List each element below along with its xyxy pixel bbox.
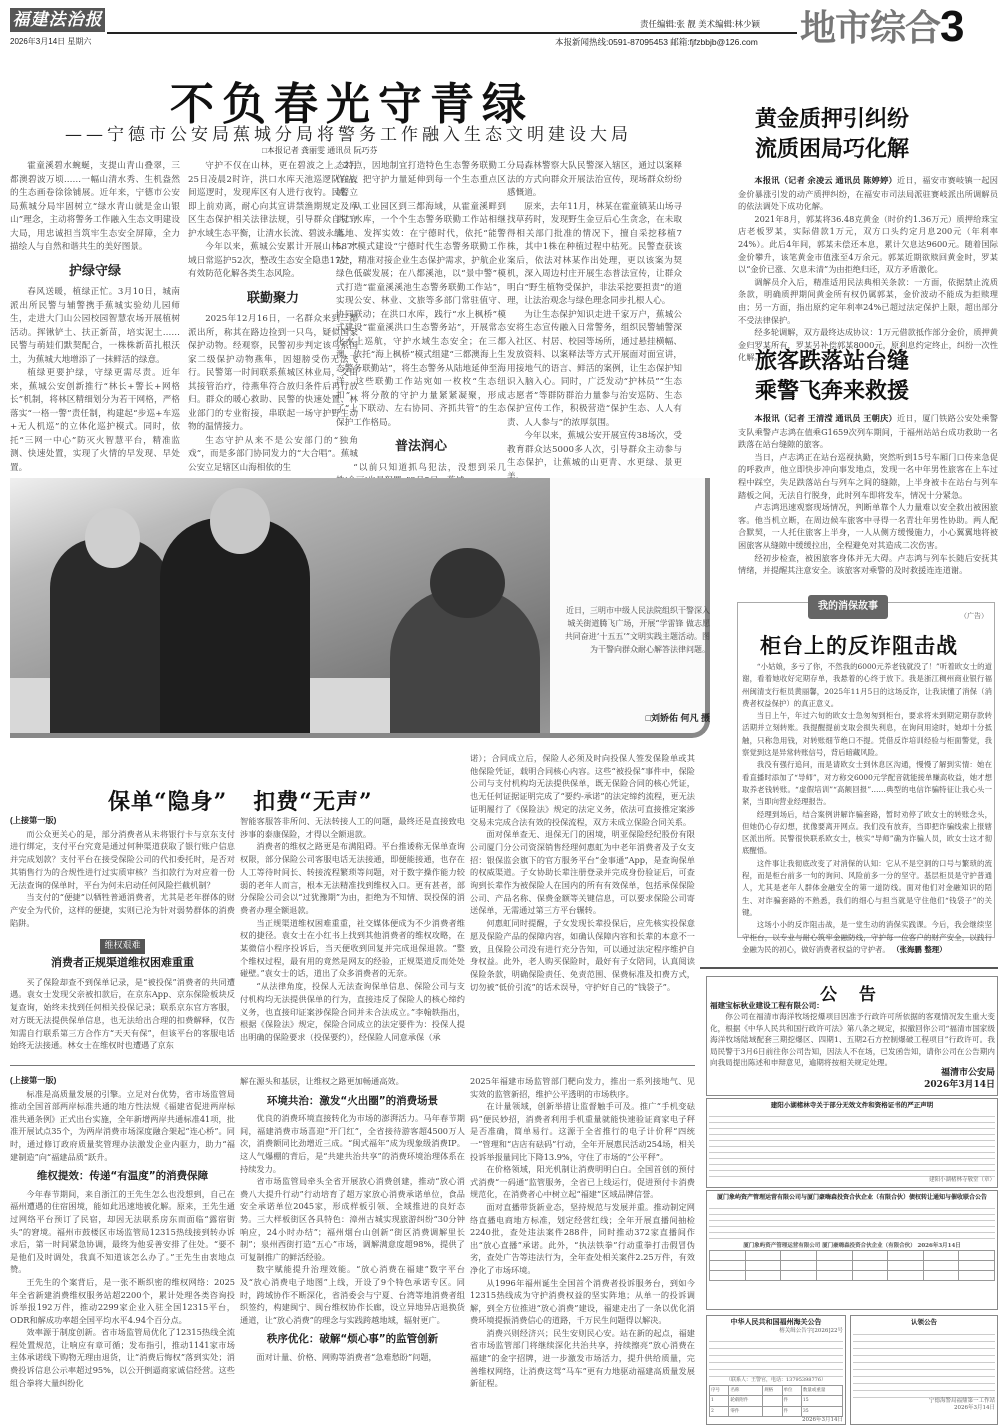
notice-date: 2026年3月14日 [853,1405,995,1412]
paragraph: 今年以来，蕉城公安开展宣传38场次，受教育群众达5000多人次，引导群众主动参与… [507,430,682,484]
photo-figure-head [210,488,270,554]
notice-date: 2026年3月14日 [710,1080,995,1091]
paragraph: “小姑娘，多亏了你，不然我的6000元养老钱就没了！”听着欧女士的道谢，看着她收… [742,661,992,710]
paragraph: 消费者的维权之路更是布满阻碍。平台推诿称无保单查询权限，部分保险公司客服电话无法… [240,840,465,916]
paragraph: 2025年12月16日，一名群众来到三都派出所，称其在路边捡到一只鸟，疑似国家保… [188,313,358,435]
section-divider [10,1065,695,1066]
customs-table: 序号名称规格单位数量或重量 1轮毂附件件15 2零件件35 [709,1385,843,1417]
paragraph: 面对保单查无、退保无门的困境，明亚保险经纪股份有限公司厦门分公司资深销售经理何惠… [470,828,695,917]
paragraph: 这件事让我彻底改变了对消保的认知：它从不是空洞的口号与繁琐的流程，而是柜台前多一… [742,858,992,919]
fine-print [853,1328,995,1398]
section-heading: 秩序优化：破解“烦心事”的监管创新 [240,1333,465,1346]
ad-label: （广告） [960,611,988,621]
market-column-2: 解在源头和基层，让维权之路更加畅通高效。 环境共治：激发“火出圈”的消费场景 优… [240,1075,465,1363]
paragraph: 在计量领域，创新举措让监督触手可及。推广“手机变砝码”便民妙招，消费者利用手机重… [470,1100,695,1163]
notice-signoff: 厦门象屿资产管理运营有限公司 厦门豪嗨森投资合伙企业（有限合伙） 2026年3月… [709,1243,995,1250]
ad-feature-headline: 柜台上的反诈阻击战 [760,630,958,660]
section-heading: 维权提效：传递“有温度”的消费保障 [10,1170,235,1183]
section-heading: 护绿守绿 [10,265,180,279]
insurance-headline: 保单“隐身” 扣费“无声” [108,785,373,816]
dateline: 本报讯（记者 余凌云 通讯员 陈婷婷） [754,176,897,185]
paragraph: 效率源于制度创新。省市场监管局优化了12315热线全流程处置规范，让响应有章可循… [10,1326,235,1389]
paragraph: 春风送暖，植绿正忙。3月10日，城南派出所民警与辅警携手蕉城实验幼儿园师生，走进… [10,286,180,367]
gold-article-headline: 黄金质押引纠纷 流质困局巧化解 [755,104,909,164]
lead-byline: □本报记者 龚丽雯 通讯员 阮巧芬 [262,145,378,156]
headline-part: 保单“隐身” [108,789,227,815]
notice-title: 认领公告 [853,1318,995,1328]
debt-table [709,1250,995,1281]
paragraph: 王先生的个案背后，是一张不断织密的维权网络：2025年全省新建消费维权服务站超2… [10,1276,235,1326]
market-column-1: (上接第一版) 标准是高质量发展的引擎。立足对台优势，省市场监管局推动全国首部两… [10,1075,235,1389]
photo-figure [50,538,170,738]
notice-addressee: 福建宝标秋业建设工程有限公司： [710,1000,995,1011]
issue-date: 2026年3月14日 星期六 [10,36,91,47]
headline-line: 黄金质押引纠纷 [755,104,909,134]
headline-part: 扣费“无声” [253,789,372,815]
hotline-info: 本报新闻热线:0591-87095453 邮箱:fjfzbbjb@126.com [555,36,758,48]
newspaper-logo: 福建法治报 [10,8,105,32]
paragraph: 从1996年福州诞生全国首个消费者投诉服务台，到如今12315热线成为守护消费权… [470,1277,695,1327]
headline-line: 旅客跌落站台缝 [755,346,909,376]
paragraph: 当支付的“便捷”以牺牲普通消费者，尤其是老年群体的财产安全为代价，这样的便捷，实… [10,891,235,929]
paragraph: 今年春节期间，来自浙江的王先生怎么也没想到，自己在福州遭遇的住宿困境，能如此迅速… [10,1188,235,1276]
paragraph: 分局森林警察大队民警深入辖区，通过以案释法的方式向群众开展法治宣传，现场群众纷纷… [507,160,682,201]
debt-transfer-notice: 厦门象屿资产管理运营有限公司与厦门豪嗨森投资合伙企业（有限合伙）债权转让通知与催… [706,1190,998,1310]
section-name: 地市综合 [800,6,940,50]
paragraph: 当正规渠道维权困难重重，社交媒体便成为不少消费者维权的捷径。袁女士在小红书上找到… [240,917,465,981]
fine-print [709,1335,843,1377]
rail-article-body: 本报讯（记者 王清滢 通讯员 王朝庆）近日，厦门铁路公安处乘警支队乘警卢志鸿在值… [738,412,998,577]
paragraph: 经理到场后，结合案例讲解诈骗套路，暂时劝停了欧女士的转账念头，但她仍心存幻想，扰… [742,809,992,858]
paragraph: 在价格领域，阳光机制让消费明明白白。全国首创的预付式消费“一码通”监管服务，全省… [470,1163,695,1201]
photo-credit: □刘娇佑 何凡 摄 [560,711,710,724]
headline-line: 乘警飞奔来救援 [755,376,909,406]
paragraph: 霍童溪碧水蜿蜒，支提山青山叠翠，三都澳碧波万顷……一幅山清水秀、生机盎然的生态画… [10,160,180,255]
notice-issuer: 福清市公安局 [710,1068,995,1079]
paragraph: 何惠虹同时提醒，子女发现长辈投保后，应先核实投保意愿及保险产品的保障内容，如确认… [470,917,695,993]
paragraph: 调解员介入后，精准适用民法典相关条款：一方面，依据禁止流质条款，明确质押期间黄金… [738,276,998,326]
ad-feature-body: “小姑娘，多亏了你，不然我的6000元养老钱就没了！”听着欧女士的道谢，看着她收… [742,661,992,956]
paragraph: 智能客服答非所问、无法转接人工的问题，最终还是直接致电涉事的泰康保险，才得以全额… [240,815,465,840]
signature: （张海鹏 整理） [892,945,946,954]
insurance-column-2: 智能客服答非所问、无法转接人工的问题，最终还是直接致电涉事的泰康保险，才得以全额… [240,815,465,1044]
notice-ref: 榕关缉公告字[2026]22号 [709,1328,843,1335]
photo-figure-head [85,508,140,568]
paragraph: 守护不仅在山林，更在碧波之上。2月25日凌晨2时许，洪口水库天池巡逻队在夜间巡逻… [188,160,358,241]
editor-credits: 责任编辑:张 靓 美术编辑:林少颖 [640,18,760,30]
lead-column-4: 分局森林警察大队民警深入辖区，通过以案释法的方式向群众开展法治宣传，现场群众纷纷… [507,160,682,484]
paragraph: 态特点，因地制宜打造特色生态警务联勤工作站，把守护力量延伸到每一个生态重点区域。 [336,160,506,201]
notice-date: 2026年3月14日 [709,1417,843,1424]
paragraph: 买了保险却查不到保单记录，是“被投保”消费者的共同遭遇。袁女士发现父亲被扣款后，… [10,976,235,1052]
insurance-column-1: (上接第一版) 而公众更关心的是，部分消费者从未将银行卡与京东支付进行绑定，支付… [10,815,235,1052]
paragraph: 生态守护从来不是公安部门的“独角戏”，而是多部门协同发力的“大合唱”。蕉城公安立… [188,435,358,476]
paragraph: 你公司在福清市海洋牧场挖爆项目因准予行政许可所依据的客观情况发生重大变化，根据《… [710,1011,995,1068]
market-column-3: 2025年福建市场监管部门靶向发力，推出一系列接地气、见实效的监管新招，维护公平… [470,1075,695,1390]
paragraph: 从工业园区到三都海域，从霍童溪畔到洪口水库，一个个生态警务联勤工作站相继落地、发… [336,201,506,431]
photo-caption: 近日，三明市中级人民法院组织干警深入城关街道腾飞广场，开展“学雷锋 做志愿 共同… [560,604,710,656]
section-heading: 联勤聚力 [188,292,358,306]
lead-column-1: 霍童溪碧水蜿蜒，支提山青山叠翠，三都澳碧波万顷……一幅山清水秀、生机盎然的生态画… [10,160,180,475]
paragraph: 解在源头和基层，让维权之路更加畅通高效。 [240,1075,465,1088]
paragraph: 植绿更要护绿，守绿更需尽责。近年来，蕉城公安创新推行“林长+警长+网格长”机制，… [10,367,180,475]
paragraph: 2021年8月，郭某将36.48克黄金（时价约1.36万元）质押给珠宝店老板罗某… [738,213,998,276]
paragraph: 今年以来，蕉城公安累计开展山林、水域日常巡护52次，整改生态安全隐患17处，有效… [188,241,358,282]
paragraph: 标准是高质量发展的引擎。立足对台优势，省市场监管局推动全国首部两岸标准共通的地方… [10,1088,235,1164]
notice-title: 建阳小湖楮林寺关于部分无效文件和资格证书的严正声明 [709,1101,995,1111]
continued-label: (上接第一版) [10,815,235,828]
ad-column-tag: 我的消保故事 [808,595,888,619]
paragraph: 当日上午，年过六旬的欧女士急匆匆到柜台，要求将未到期定期存款转活期并立刻转账。我… [742,710,992,759]
paragraph: 我没有强行追问，而是请欧女士到休息区沟通，慢慢了解到实情：她在看直播时添加了“导… [742,759,992,808]
paragraph: 诺）；合同成立后，保险人必须及时向投保人签发保险单或其他保险凭证，载明合同核心内… [470,752,695,828]
paragraph: 2025年福建市场监管部门靶向发力，推出一系列接地气、见实效的监管新招，维护公平… [470,1075,695,1100]
photo-figure-head [430,548,505,618]
insurance-column-3: 诺）；合同成立后，保险人必须及时向投保人签发保险单或其他保险凭证，载明合同核心内… [470,752,695,993]
paragraph: 省市场监管局牵头全省开展放心消费创建，推动“放心消费八大提升行动”行动培育了超万… [240,1175,465,1263]
page-number: 3 [940,4,964,50]
paragraph: 原来，去年11月，林某在霍童镇某山场寻找草药时，发现野生金豆后心生贪念，在未取得… [507,201,682,309]
notice-title: 厦门象屿资产管理运营有限公司与厦门豪嗨森投资合伙企业（有限合伙）债权转让通知与催… [709,1193,995,1203]
paragraph: 消费兴则经济兴；民生安则民心安。站在新的起点，福建省市场监管部门将继续深化共治共… [470,1327,695,1390]
fine-print [709,1111,995,1177]
section-heading: 环境共治：激发“火出圈”的消费场景 [240,1095,465,1108]
paragraph: 经初步检查，被困旅客身体并无大碍。卢志鸿与列车长随后安抚其情绪，并提醒其注意安全… [738,552,998,577]
notice-header-rule [700,955,998,969]
fine-print [709,1203,995,1243]
topic-tag: 维权艰难 [100,939,144,954]
notice-signoff: 建阳小湖楮林寺敬堂（章） [709,1177,995,1184]
claim-notice: 认领公告 宁德海警局福鼎第一工作站 2026年3月14日 [850,1315,998,1425]
lead-column-2: 守护不仅在山林，更在碧波之上。2月25日凌晨2时许，洪口水库天池巡逻队在夜间巡逻… [188,160,358,475]
paragraph: 而公众更关心的是，部分消费者从未将银行卡与京东支付进行绑定，支付平台究竟是通过何… [10,828,235,892]
masthead-divider [107,32,797,34]
temple-declaration: 建阳小湖楮林寺关于部分无效文件和资格证书的严正声明 建阳小湖楮林寺敬堂（章） [706,1098,998,1188]
notice-title: 中华人民共和国福州海关公告 [709,1318,843,1328]
paragraph: 这场小小的反诈阻击战，是一堂生动的消保实践课。今后，我会继续坚守柜台，以专业与耐… [742,919,992,956]
rail-article-headline: 旅客跌落站台缝 乘警飞奔来救援 [755,346,909,406]
notice-body: 福建宝标秋业建设工程有限公司： 你公司在福清市海洋牧场挖爆项目因准予行政许可所依… [710,1000,995,1091]
headline-line: 流质困局巧化解 [755,134,909,164]
gold-article-body: 本报讯（记者 余凌云 通讯员 陈婷婷）近日，福安市赛岐镇一起因金价暴涨引发的动产… [738,174,998,364]
paragraph: 面对直播带货新业态，坚持规范与发展并重。推动制定网络直播电商地方标准，划定经营红… [470,1201,695,1277]
paragraph: 卢志鸿迅速观察现场情况，判断单靠个人力量难以安全救出被困旅客。他当机立断，在周边… [738,501,998,551]
section-heading: 普法润心 [336,440,506,454]
paragraph: 数字赋能提升治理效能。“放心消费在福建”数字平台及“放心消费电子地图”上线，开设… [240,1263,465,1326]
paragraph: 面对计量、价格、网购等消费者“急难愁盼”问题， [240,1351,465,1364]
customs-notice: 中华人民共和国福州海关公告 榕关缉公告字[2026]22号 （联系人：王警官，电… [706,1315,846,1425]
notice-contact: （联系人：王警官，电话：13795398776） [709,1377,843,1384]
lead-subheadline: ——宁德市公安局蕉城分局将警务工作融入生态文明建设大局 [65,120,632,145]
lead-column-3: 态特点，因地制宜打造特色生态警务联勤工作站，把守护力量延伸到每一个生态重点区域。… [336,160,506,489]
continued-label: (上接第一版) [10,1075,235,1088]
dateline: 本报讯（记者 王清滢 通讯员 王朝庆） [754,414,897,423]
paragraph: “从法律角度，投保人无法查询保单信息、保险公司与支付机构均无法提供保单的行为，直… [240,980,465,1044]
paragraph: 当日，卢志鸿正在站台巡视执勤，突然听到15号车厢门口传来急促的呼救声，他立即快步… [738,451,998,501]
paragraph: 为让生态保护知识走进千家万户，蕉城公安将生态宣传融入日常警务，组织民警辅警深入社… [507,309,682,431]
paragraph: 优良的消费环境直接转化为市场的澎湃活力。马年春节期间，福建消费市场喜迎“开门红”… [240,1112,465,1175]
subheading: 消费者正规渠道维权困难重重 [10,957,235,970]
